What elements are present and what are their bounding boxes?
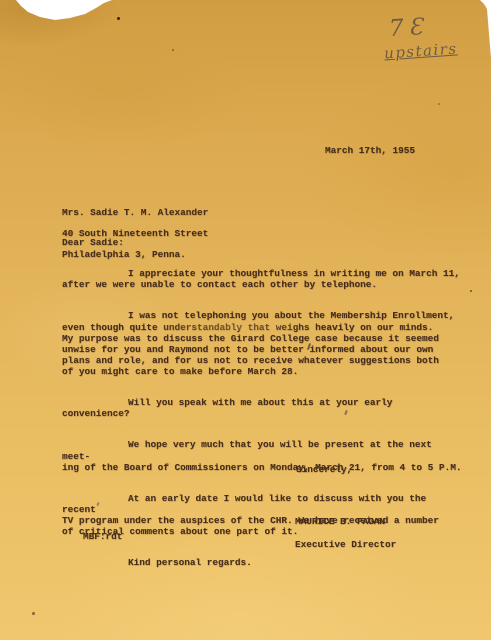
handwritten-corner-mark: 7Ɛ [388, 14, 428, 42]
scanned-letter-page: 7Ɛ upstairs March 17th, 1955 Mrs. Sadie … [0, 0, 491, 640]
closing: Sincerely, [296, 464, 352, 475]
paper-speck [117, 17, 120, 20]
paper-speck [172, 49, 174, 51]
signature-name: MAURICE B. FAGAN [295, 516, 396, 528]
letter-paragraph: Will you speak with me about this at you… [62, 397, 464, 419]
paper-speck [32, 612, 35, 615]
letter-paragraph: I appreciate your thoughtfulness in writ… [62, 268, 464, 290]
typist-initials: MBF:rdt [83, 531, 122, 542]
date-line: March 17th, 1955 [325, 145, 415, 156]
recipient-name: Mrs. Sadie T. M. Alexander [62, 208, 208, 219]
letter-paragraph: I was not telephoning you about the Memb… [62, 310, 464, 377]
signature-title: Executive Director [295, 539, 396, 551]
paper-speck [470, 290, 472, 292]
salutation: Dear Sadie: [62, 237, 124, 248]
letter-paragraph: Kind personal regards. [62, 557, 464, 568]
paper-speck [438, 103, 440, 105]
letter-paragraph: We hope very much that you will be prese… [62, 439, 464, 473]
signature-block: MAURICE B. FAGAN Executive Director [295, 504, 396, 562]
